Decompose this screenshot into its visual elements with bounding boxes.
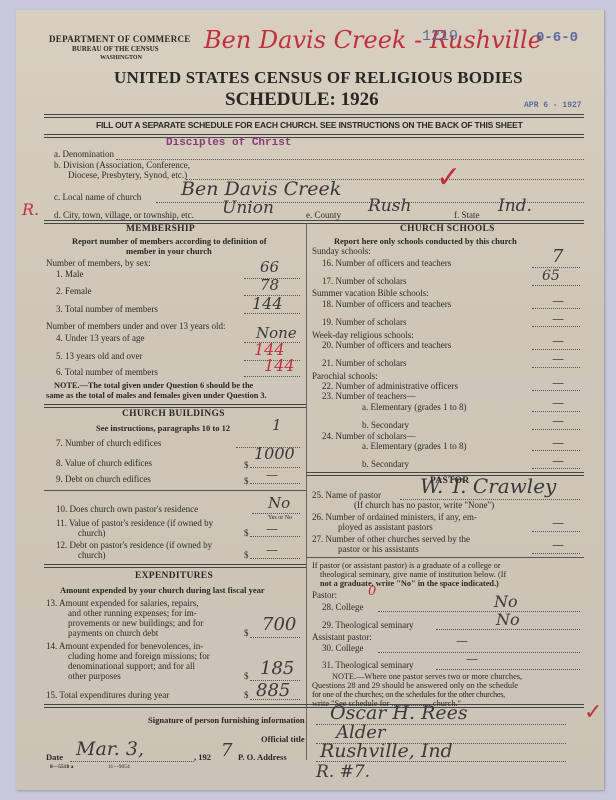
q23b-label: b. Secondary (362, 420, 409, 430)
weekday-label: Week-day religious schools: (312, 330, 414, 340)
code-stamp: 0-6-0 (536, 30, 578, 46)
q23-label: 23. Number of teachers— (322, 391, 415, 401)
q11-value[interactable]: — (266, 522, 278, 536)
membership-subheading: Report number of members according to de… (72, 236, 267, 246)
division-label: b. Division (Association, Conference, (54, 160, 190, 170)
q23a-field[interactable] (532, 411, 580, 412)
q18-field[interactable] (532, 308, 580, 309)
document-title: UNITED STATES CENSUS OF RELIGIOUS BODIES (114, 68, 523, 88)
q24a-value[interactable]: — (552, 436, 564, 450)
date-field[interactable] (70, 761, 194, 762)
column-divider (306, 224, 307, 760)
q16-value[interactable]: 7 (552, 246, 563, 267)
parochial-label: Parochial schools: (312, 371, 378, 381)
q13-field[interactable] (250, 637, 300, 638)
q7-value[interactable]: 1 (272, 416, 282, 434)
q1-label: 1. Male (56, 269, 84, 279)
q17-field[interactable] (532, 285, 580, 286)
pastor-red-mark: 0 (368, 584, 376, 599)
q5-label: 5. 13 years old and over (56, 351, 142, 361)
by-sex-label: Number of members, by sex: (46, 258, 151, 268)
q26-label-cont: ployed as assistant pastors (338, 522, 433, 532)
q21-value[interactable]: — (552, 352, 564, 366)
q23a-value[interactable]: — (552, 396, 564, 410)
q28-field[interactable] (378, 611, 580, 612)
membership-divider (44, 404, 306, 408)
q14-label-2: cluding home and foreign missions; for (68, 651, 210, 661)
expenditures-heading: EXPENDITURES (135, 571, 213, 581)
q24a-field[interactable] (532, 450, 580, 451)
q27-value[interactable]: — (552, 538, 564, 552)
q29-field[interactable] (436, 629, 580, 630)
handwritten-church-title: Ben Davis Creek - Rushville (204, 26, 542, 54)
local-name-label: c. Local name of church (54, 192, 141, 202)
local-name-value[interactable]: Ben Davis Creek (181, 178, 341, 200)
q11-label-cont: church) (78, 528, 105, 538)
asst-pastor-label: Assistant pastor: (312, 632, 372, 642)
q30-value[interactable]: — (456, 634, 468, 648)
grad-note-3: not a graduate, write "No" in the space … (320, 579, 499, 589)
official-title-label: Official title (261, 734, 305, 744)
q25-value[interactable]: W. T. Crawley (420, 474, 556, 498)
schedule-title: SCHEDULE: 1926 (225, 89, 379, 111)
received-date-stamp: APR 6 - 1927 (524, 101, 582, 110)
q12-field[interactable] (250, 558, 300, 559)
expenditures-subheading: Amount expended by your church during la… (60, 585, 265, 595)
form-number: 8—5518 a (50, 764, 73, 770)
q2-label: 2. Female (56, 286, 92, 296)
q18-value[interactable]: — (552, 294, 564, 308)
q11-field[interactable] (250, 536, 300, 537)
q13-value[interactable]: 700 (262, 614, 296, 635)
membership-note: NOTE.—The total given under Question 6 s… (54, 381, 253, 391)
q20-label: 20. Number of officers and teachers (322, 340, 451, 350)
instruction-banner: FILL OUT A SEPARATE SCHEDULE FOR EACH CH… (96, 120, 523, 130)
q3-value[interactable]: 144 (252, 294, 283, 313)
q23b-field[interactable] (532, 429, 580, 430)
state-value[interactable]: Ind. (498, 196, 532, 216)
q9-field[interactable] (250, 483, 300, 484)
q8-label: 8. Value of church edifices (56, 458, 152, 468)
census-schedule-sheet: DEPARTMENT OF COMMERCE BUREAU OF THE CEN… (16, 10, 604, 790)
bureau-label: BUREAU OF THE CENSUS (72, 45, 159, 53)
q22-field[interactable] (532, 390, 580, 391)
q19-label: 19. Number of scholars (322, 317, 406, 327)
q26-value[interactable]: — (552, 516, 564, 530)
q13-label: 13. Amount expended for salaries, repair… (46, 598, 198, 608)
q16-label: 16. Number of officers and teachers (322, 258, 451, 268)
q10-label: 10. Does church own pastor's residence (56, 504, 198, 514)
q21-field[interactable] (532, 367, 580, 368)
membership-note-cont: same as the total of males and females g… (46, 391, 267, 401)
red-check-mark: ✓ (436, 160, 461, 195)
q8-currency: $ (244, 460, 249, 470)
q25-hint: (If church has no pastor, write "None") (354, 500, 494, 510)
q6-value[interactable]: 144 (264, 356, 295, 375)
general-divider (44, 220, 584, 224)
schools-heading: CHURCH SCHOOLS (400, 224, 495, 234)
q3-field[interactable] (244, 313, 300, 314)
q4-label: 4. Under 13 years of age (56, 333, 144, 343)
q12-label-cont: church) (78, 550, 105, 560)
q24b-field[interactable] (532, 468, 580, 469)
q24b-label: b. Secondary (362, 459, 409, 469)
q7-label: 7. Number of church edifices (56, 438, 161, 448)
q22-value[interactable]: — (552, 376, 564, 390)
q12-label: 12. Debt on pastor's residence (if owned… (56, 540, 212, 550)
q10-value[interactable]: No (268, 494, 290, 512)
q12-value[interactable]: — (266, 543, 278, 557)
state-label: f. State (454, 210, 480, 220)
po-address-value[interactable]: Rushville, Ind (320, 740, 453, 762)
q31-field[interactable] (436, 669, 580, 670)
signature-value[interactable]: Oscar H. Rees (330, 702, 468, 724)
q20-value[interactable]: — (552, 334, 564, 348)
date-label: Date (46, 752, 63, 762)
q19-value[interactable]: — (552, 312, 564, 326)
q13-label-4: payments on church debt (68, 628, 158, 638)
q12-currency: $ (244, 550, 249, 560)
date-value[interactable]: Mar. 3, (76, 738, 144, 760)
q19-field[interactable] (532, 326, 580, 327)
division-label-cont: Diocese, Presbytery, Synod, etc.) (68, 170, 187, 180)
q10-field[interactable] (252, 513, 300, 514)
print-number: 11—9054 (108, 764, 130, 770)
q3-label: 3. Total number of members (56, 304, 158, 314)
header-divider (44, 114, 584, 118)
buildings-heading: CHURCH BUILDINGS (122, 409, 225, 419)
instruction-divider (44, 134, 584, 138)
pastor-sublabel: Pastor: (312, 590, 337, 600)
q13-currency: $ (244, 628, 249, 638)
stamp-number: 1219 (422, 28, 458, 45)
q2-value[interactable]: 78 (260, 276, 279, 294)
membership-subheading-cont: member in your church (126, 246, 212, 256)
q22-label: 22. Number of administrative officers (322, 381, 458, 391)
department-label: DEPARTMENT OF COMMERCE (49, 34, 191, 44)
q14-label-3: denominational support; and for all (68, 661, 195, 671)
q9-currency: $ (244, 476, 249, 486)
q31-label: 31. Theological seminary (322, 660, 414, 670)
q26-label: 26. Number of ordained ministers, if any… (312, 512, 477, 522)
q30-label: 30. College (322, 643, 364, 653)
year-prefix: , 192 (194, 752, 211, 762)
q21-label: 21. Number of scholars (322, 358, 406, 368)
q23a-label: a. Elementary (grades 1 to 8) (362, 402, 466, 412)
city-value[interactable]: Union (222, 198, 274, 218)
q8-value[interactable]: 1000 (254, 444, 295, 463)
q6-label: 6. Total number of members (56, 367, 158, 377)
denomination-label: a. Denomination (54, 149, 114, 159)
membership-heading: MEMBERSHIP (126, 224, 195, 234)
pastor-divider (306, 557, 584, 558)
year-value[interactable]: 7 (221, 740, 232, 761)
q30-field[interactable] (378, 652, 580, 653)
q27-field[interactable] (532, 553, 580, 554)
q25-label: 25. Name of pastor (312, 490, 381, 500)
po-address-label: P. O. Address (238, 752, 287, 762)
q24a-label: a. Elementary (grades 1 to 8) (362, 441, 466, 451)
q13-label-3: provements or new buildings; and for (68, 618, 203, 628)
q14-label: 14. Amount expended for benevolences, in… (46, 641, 203, 651)
buildings-subheading: See instructions, paragraphs 10 to 12 (96, 423, 230, 433)
county-label: e. County (306, 210, 341, 220)
q14-label-4: other purposes (68, 671, 121, 681)
q17-label: 17. Number of scholars (322, 276, 406, 286)
summer-label: Summer vacation Bible schools: (312, 288, 429, 298)
q6-field[interactable] (244, 376, 300, 377)
buildings-divider (44, 564, 306, 568)
q9-label: 9. Debt on church edifices (56, 474, 151, 484)
buildings-inner-divider (44, 490, 306, 491)
po-address-value-2[interactable]: R. #7. (316, 762, 370, 782)
q31-value[interactable]: — (466, 652, 478, 666)
q11-currency: $ (244, 528, 249, 538)
q14-currency: $ (244, 671, 249, 681)
q20-field[interactable] (532, 349, 580, 350)
denomination-stamp: Disciples of Christ (166, 137, 291, 149)
q11-label: 11. Value of pastor's residence (if owne… (56, 518, 213, 528)
q18-label: 18. Number of officers and teachers (322, 299, 451, 309)
red-check-mark-footer: ✓ (584, 700, 602, 725)
margin-mark: R. (22, 200, 39, 219)
sunday-label: Sunday schools: (312, 246, 371, 256)
q17-value[interactable]: 65 (542, 268, 560, 284)
q15-label: 15. Total expenditures during year (46, 690, 169, 700)
q1-value[interactable]: 66 (260, 258, 279, 276)
q15-value[interactable]: 885 (256, 680, 290, 701)
q29-label: 29. Theological seminary (322, 620, 414, 630)
q24b-value[interactable]: — (552, 454, 564, 468)
q9-value[interactable]: — (266, 468, 278, 482)
county-value[interactable]: Rush (368, 196, 411, 216)
q27-label: 27. Number of other churches served by t… (312, 534, 470, 544)
q23b-value[interactable]: — (552, 414, 564, 428)
schools-subheading: Report here only schools conducted by th… (334, 236, 517, 246)
q29-value[interactable]: No (496, 610, 520, 629)
age-label: Number of members under and over 13 year… (46, 321, 225, 331)
city-label: d. City, town, village, or township, etc… (54, 210, 194, 220)
city-label: WASHINGTON (100, 55, 142, 61)
q10-hint: Yes or No (268, 515, 292, 521)
q28-label: 28. College (322, 602, 364, 612)
q27-label-cont: pastor or his assistants (338, 544, 419, 554)
q13-label-2: and other running expenses; for im- (68, 608, 197, 618)
signature-label: Signature of person furnishing informati… (148, 715, 305, 725)
q14-value[interactable]: 185 (260, 658, 294, 679)
q15-currency: $ (244, 690, 249, 700)
q26-field[interactable] (532, 531, 580, 532)
q24-label: 24. Number of scholars— (322, 431, 415, 441)
q28-value[interactable]: No (494, 592, 518, 611)
